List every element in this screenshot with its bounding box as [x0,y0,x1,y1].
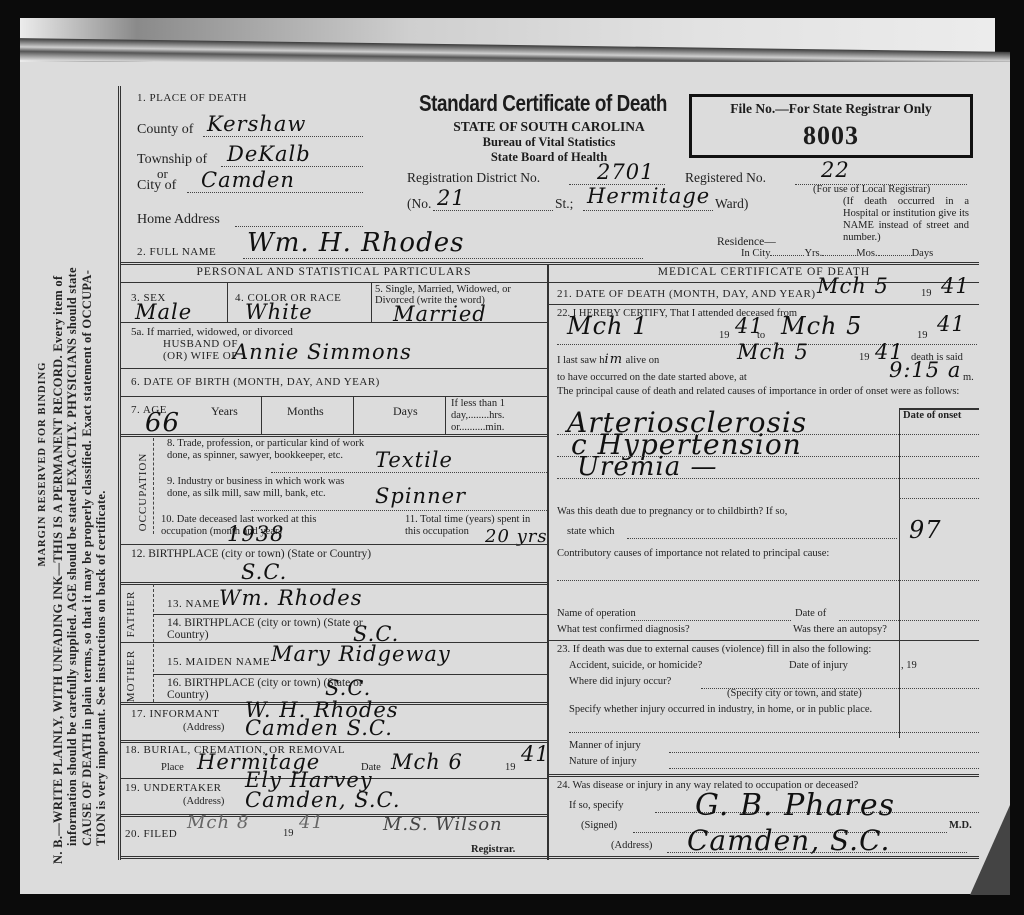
industry-value: Spinner [375,484,466,508]
date-of-onset-label: Date of onset [903,410,961,421]
m-label: m. [963,372,974,383]
state-name: STATE OF SOUTH CAROLINA [419,119,679,135]
dob-label: 6. DATE OF BIRTH (Month, day, and year) [131,376,380,388]
registrar-label: Registrar. [471,844,515,855]
onset-note: 97 [909,516,942,544]
residence-label: Residence— [717,236,776,248]
operation-label: Name of operation [557,608,636,619]
industry-label: 9. Industry or business in which work wa… [167,476,367,499]
margin-line: CAUSE OF DEATH in plain terms, so that i… [80,64,95,864]
mother-maiden-value: Mary Ridgeway [271,642,451,666]
to-year: 41 [937,312,966,336]
spouse-label-2: HUSBAND of [163,338,238,350]
street-label: St.; [555,196,573,212]
last-saw-text: I last saw h [557,355,605,366]
margin-line: N. B.—WRITE PLAINLY, WITH UNFADING INK—T… [51,64,66,864]
place-of-death-label: 1. PLACE OF DEATH [137,92,247,104]
registrar-signature: M.S. Wilson [383,814,503,835]
spouse-label-1: 5a. If married, widowed, or divorced [131,326,293,338]
undertaker-address: Camden, S.C. [245,788,401,812]
spouse-label-3: (or) WIFE of [163,350,238,362]
informant-label: 17. INFORMANT [131,708,219,720]
margin-line: information should be carefully supplied… [65,64,80,864]
contributory-label: Contributory causes of importance not re… [557,548,829,559]
race-value: White [245,300,313,324]
home-address-label: Home Address [137,212,220,228]
mother-maiden-label: 15. MAIDEN NAME [167,656,270,668]
death-year-prefix: 19 [921,288,932,299]
md-label: M.D. [949,820,972,831]
filed-year: 41 [299,812,324,833]
days-label: Days [912,248,934,259]
street-value: Hermitage [587,184,710,208]
trade-label: 8. Trade, profession, or particular kind… [167,438,367,461]
mother-birthplace-value: S.C. [325,676,371,700]
date-of-death-value: Mch 5 [817,274,889,298]
external-causes-label: 23. If death was due to external causes … [557,644,871,655]
street-no-label: (No. [407,196,431,212]
margin-title: MARGIN RESERVED FOR BINDING [36,64,51,864]
autopsy-label: Was there an autopsy? [793,624,887,635]
last-saw-pronoun: im [605,352,624,367]
reg-district-label: Registration District No. [407,170,540,186]
physician-address-label: (Address) [611,840,652,851]
city-value: Camden [201,168,295,192]
pregnancy-label-1: Was this death due to pregnancy or to ch… [557,506,787,517]
bureau-name: Bureau of Vital Statistics [419,135,679,150]
if-so-label: If so, specify [569,800,624,811]
margin-notes: MARGIN RESERVED FOR BINDING N. B.—WRITE … [36,64,106,864]
date-of-death-label: 21. DATE OF DEATH (month, day, and year) [557,288,816,300]
medical-section-title: MEDICAL CERTIFICATE OF DEATH [549,266,979,278]
birthplace-value: S.C. [241,560,287,584]
burial-place-label: Place [161,762,184,773]
last-saw-label: I last saw him alive on [557,352,659,367]
file-number-box: File No.—For State Registrar Only 8003 [689,94,973,158]
signed-label: (Signed) [581,820,617,831]
less-than-day-label: If less than 1 day,........hrs. or......… [451,398,543,434]
certificate-form: 1. PLACE OF DEATH County of Kershaw Town… [118,86,989,860]
time-of-death: 9:15 a [889,358,961,382]
informant-address-label: (Address) [183,722,224,733]
filed-label: 20. FILED [125,828,177,840]
county-label: County of [137,122,193,138]
city-label: City of [137,178,176,194]
trade-value: Textile [375,448,453,472]
township-label: Township of [137,152,207,168]
burial-year-prefix: 19 [505,762,516,773]
specify-whether-label: Specify whether injury occurred in indus… [569,704,872,715]
sex-value: Male [135,300,192,324]
physician-address: Camden, S.C. [687,824,890,857]
manner-label: Manner of injury [569,740,641,751]
date-of-label: Date of [795,608,826,619]
full-name-label: 2. FULL NAME [137,246,216,258]
mos-label: Mos. [856,248,877,259]
accident-label: Accident, suicide, or homicide? [569,660,702,671]
nature-label: Nature of injury [569,756,637,767]
ward-label: Ward) [715,196,748,212]
cause-intro: The principal cause of death and related… [557,386,979,398]
father-name-value: Wm. Rhodes [219,586,362,610]
father-name-label: 13. NAME [167,598,220,610]
last-saw-date: Mch 5 [737,340,809,364]
test-label: What test confirmed diagnosis? [557,624,690,635]
file-number: 8003 [692,121,970,151]
in-city-label: In City [741,248,770,259]
filed-date: Mch 8 [187,812,249,833]
county-value: Kershaw [207,112,306,136]
attended-from: Mch 1 [567,312,648,340]
last-worked-value: 1938 [227,522,284,546]
months-label: Months [287,404,324,419]
file-number-label: File No.—For State Registrar Only [692,101,970,117]
certificate-title: Standard Certificate of Death [419,90,632,117]
certificate-header: Standard Certificate of Death STATE OF S… [419,90,679,165]
informant-address: Camden S.C. [245,716,393,740]
spouse-value: Annie Simmons [233,340,412,364]
personal-section-title: PERSONAL AND STATISTICAL PARTICULARS [121,266,547,278]
occupation-vertical-label: OCCUPATION [137,442,149,542]
paper-corner-fold [970,805,1010,895]
physician-signature: G. B. Phares [695,788,895,823]
margin-line: TION is very important. See instructions… [94,64,109,864]
last-saw-year-prefix: 19 [859,352,870,363]
pregnancy-label-2: state which [567,526,615,537]
undertaker-address-label: (Address) [183,796,224,807]
undertaker-label: 19. UNDERTAKER [125,782,222,794]
reg-district-value: 2701 [597,160,654,184]
burial-date-value: Mch 6 [391,750,463,774]
date-injury-label: Date of injury [789,660,848,671]
registered-no-value: 22 [821,158,850,182]
years-label: Years [211,404,238,419]
where-label: Where did injury occur? [569,676,671,687]
hospital-note: (If death occurred in a Hospital or inst… [843,196,969,244]
attended-to: Mch 5 [781,312,862,340]
occurred-label: to have occurred on the date started abo… [557,372,747,383]
residence-fields: In CityYrs.Mos.Days [741,248,933,259]
death-year-value: 41 [941,274,970,298]
local-registrar-note: (For use of Local Registrar) [813,184,930,195]
township-value: DeKalb [227,142,311,166]
street-no-value: 21 [437,186,466,210]
to-year-prefix: 19 [917,330,928,341]
burial-year-value: 41 [521,742,550,766]
full-name-value: Wm. H. Rhodes [247,228,464,258]
injury-year-prefix: , 19 [901,660,917,671]
from-year-prefix: 19 [719,330,730,341]
alive-on-label: alive on [626,355,660,366]
specify-city-label: (Specify city or town, and state) [727,688,862,699]
filed-year-prefix: 19 [283,828,294,839]
days-label: Days [393,404,418,419]
yrs-label: Yrs. [804,248,822,259]
